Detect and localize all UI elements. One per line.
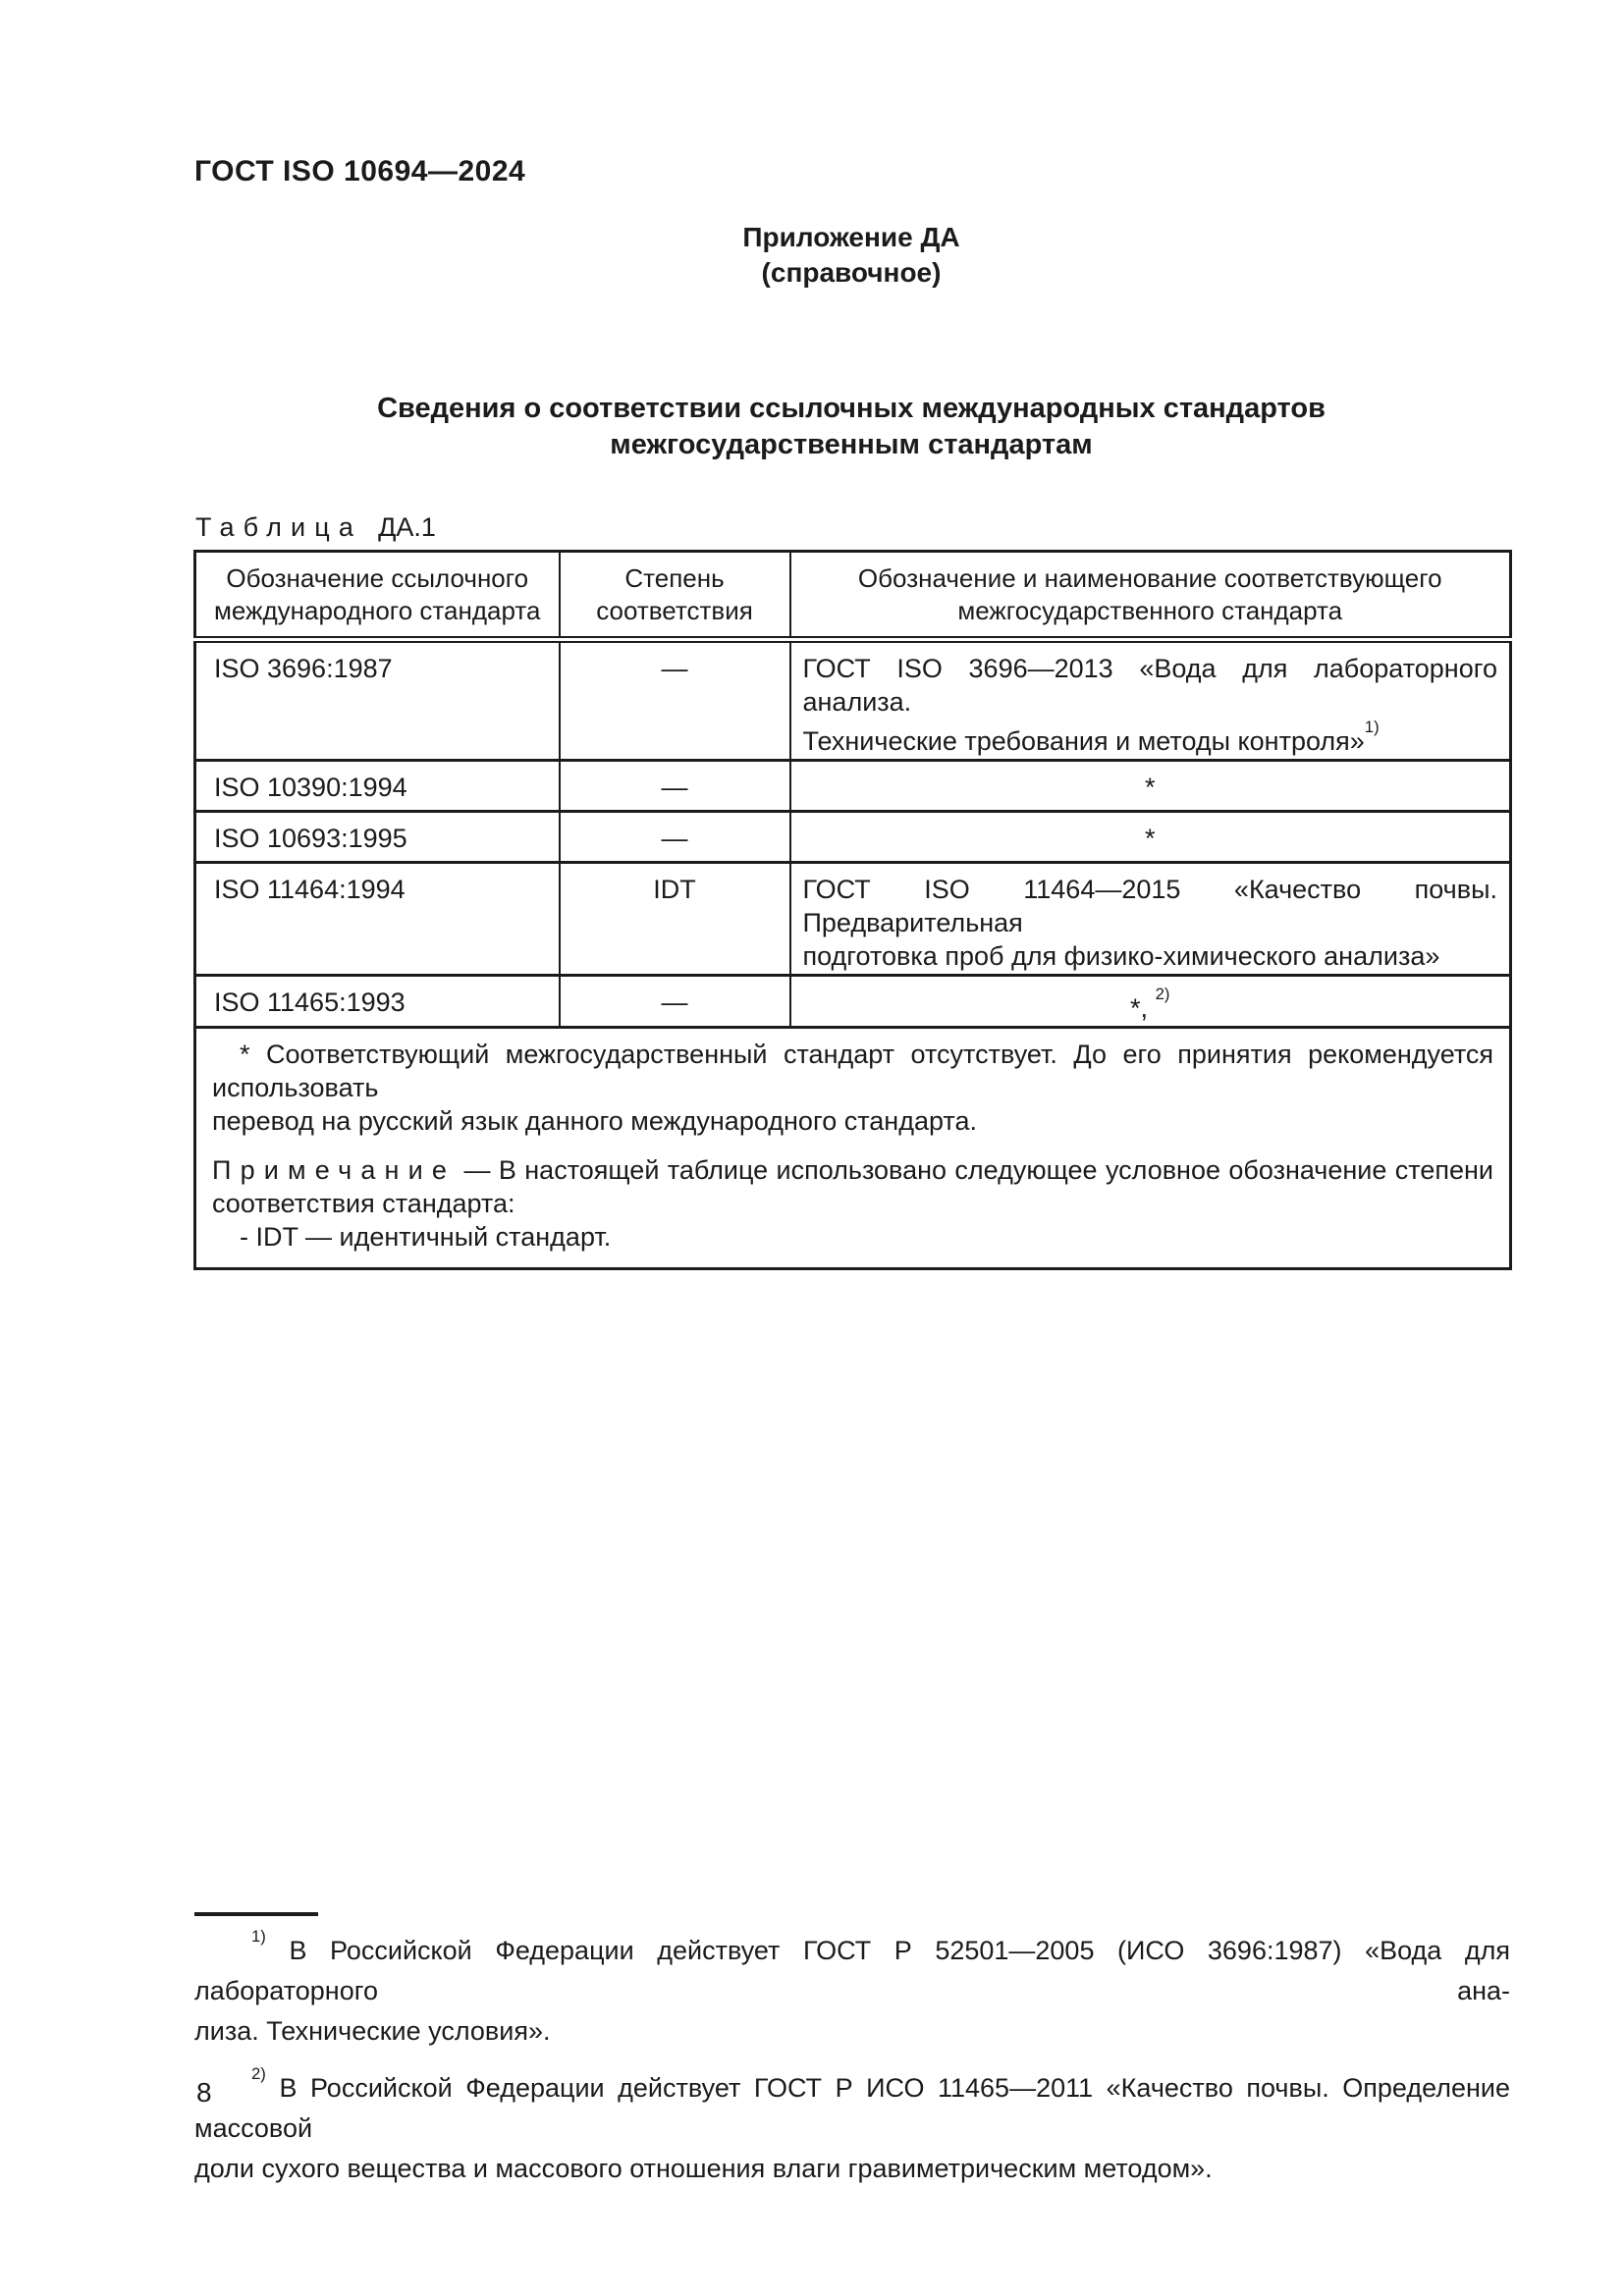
cell-reference: ISO 11465:1993 xyxy=(195,976,560,1028)
footnote-2: 2) В Российской Федерации действует ГОСТ… xyxy=(194,2061,1510,2189)
table-footnote-line1: * Соответствующий межгосударственный ста… xyxy=(212,1038,1493,1104)
cell-degree: — xyxy=(560,761,790,812)
cell-degree: — xyxy=(560,640,790,761)
column-header-matching-standard: Обозначение и наименование соответствующ… xyxy=(790,552,1511,640)
footnote-ref-2: 2) xyxy=(1156,985,1170,1003)
cell-degree: — xyxy=(560,976,790,1028)
table-note-line2: соответствия стандарта: xyxy=(212,1187,1493,1220)
matching-standard-line1: ГОСТ ISO 3696—2013 «Вода для лабораторно… xyxy=(803,652,1498,719)
annex-label: Приложение ДА xyxy=(193,220,1509,255)
table-note-line1: Примечание — В настоящей таблице использ… xyxy=(212,1153,1493,1187)
table-caption-label: Таблица xyxy=(195,512,362,542)
page-footnotes: 1) В Российской Федерации действует ГОСТ… xyxy=(194,1912,1510,2189)
cell-reference: ISO 10390:1994 xyxy=(195,761,560,812)
cell-reference: ISO 10693:1995 xyxy=(195,812,560,863)
cell-degree: — xyxy=(560,812,790,863)
table-caption-number: ДА.1 xyxy=(378,512,436,542)
correspondence-table: Обозначение ссылочного международного ст… xyxy=(193,550,1512,1270)
footnote-1-line1: 1) В Российской Федерации действует ГОСТ… xyxy=(194,1924,1510,2011)
footnote-1-line2: лиза. Технические условия». xyxy=(194,2011,1510,2052)
column-header-reference-standard: Обозначение ссылочного международного ст… xyxy=(195,552,560,640)
cell-matching-standard: *, 2) xyxy=(790,976,1511,1028)
matching-standard-line2: подготовка проб для физико-химического а… xyxy=(803,939,1498,973)
matching-standard-line2: Технические требования и методы контроля… xyxy=(803,719,1498,758)
cell-matching-standard: ГОСТ ISO 11464—2015 «Качество почвы. Пре… xyxy=(790,863,1511,976)
footnote-2-line2: доли сухого вещества и массового отношен… xyxy=(194,2149,1510,2189)
section-title: Сведения о соответствии ссылочных междун… xyxy=(193,391,1509,463)
table-row: ISO 10390:1994 — * xyxy=(195,761,1511,812)
footnote-2-line1: 2) В Российской Федерации действует ГОСТ… xyxy=(194,2061,1510,2149)
cell-matching-standard: * xyxy=(790,761,1511,812)
table-header-row: Обозначение ссылочного международного ст… xyxy=(195,552,1511,640)
cell-degree: IDT xyxy=(560,863,790,976)
footnote-separator-rule xyxy=(194,1912,318,1916)
table-note-idt: - IDT — идентичный стандарт. xyxy=(212,1220,1493,1254)
cell-matching-standard: * xyxy=(790,812,1511,863)
document-page: ГОСТ ISO 10694—2024 Приложение ДА (справ… xyxy=(0,0,1624,2296)
section-title-line1: Сведения о соответствии ссылочных междун… xyxy=(193,391,1509,427)
table-footnote-row: * Соответствующий межгосударственный ста… xyxy=(195,1028,1511,1269)
section-title-line2: межгосударственным стандартам xyxy=(193,427,1509,463)
footnote-1-marker: 1) xyxy=(251,1927,266,1946)
cell-reference: ISO 3696:1987 xyxy=(195,640,560,761)
table-footnote-line2: перевод на русский язык данного междунар… xyxy=(212,1104,1493,1138)
footnote-ref-1: 1) xyxy=(1365,718,1380,736)
table-footnote-cell: * Соответствующий межгосударственный ста… xyxy=(195,1028,1511,1269)
column-header-degree: Степень соответствия xyxy=(560,552,790,640)
table-row: ISO 10693:1995 — * xyxy=(195,812,1511,863)
table-note-label: Примечание xyxy=(212,1155,456,1185)
footnote-2-marker: 2) xyxy=(251,2064,266,2083)
table-caption: ТаблицаДА.1 xyxy=(195,512,436,543)
table-row: ISO 11464:1994 IDT ГОСТ ISO 11464—2015 «… xyxy=(195,863,1511,976)
matching-standard-line1: ГОСТ ISO 11464—2015 «Качество почвы. Пре… xyxy=(803,873,1498,939)
standard-code: ГОСТ ISO 10694—2024 xyxy=(194,155,525,188)
annex-type: (справочное) xyxy=(193,255,1509,291)
footnote-1: 1) В Российской Федерации действует ГОСТ… xyxy=(194,1924,1510,2052)
cell-reference: ISO 11464:1994 xyxy=(195,863,560,976)
page-number: 8 xyxy=(196,2077,212,2109)
annex-heading: Приложение ДА (справочное) xyxy=(193,220,1509,291)
cell-matching-standard: ГОСТ ISO 3696—2013 «Вода для лабораторно… xyxy=(790,640,1511,761)
table-row: ISO 11465:1993 — *, 2) xyxy=(195,976,1511,1028)
table-row: ISO 3696:1987 — ГОСТ ISO 3696—2013 «Вода… xyxy=(195,640,1511,761)
